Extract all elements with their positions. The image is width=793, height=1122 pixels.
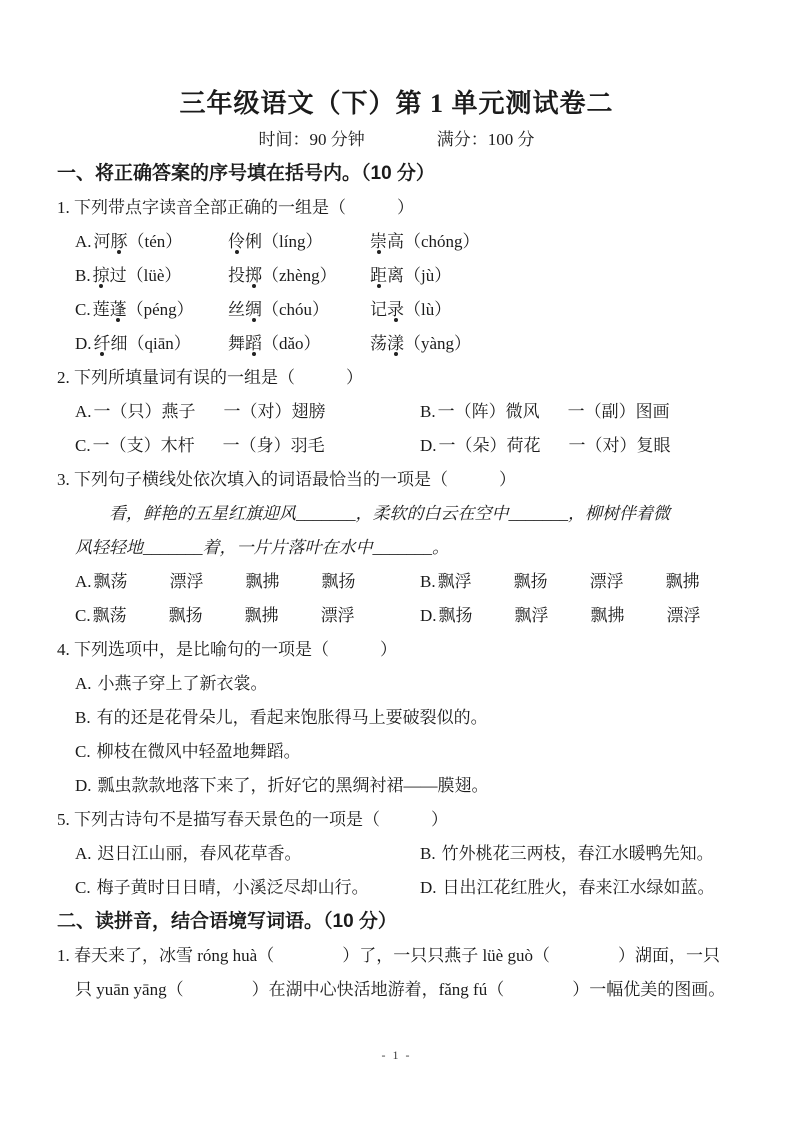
dotted-char: 豚: [111, 232, 128, 251]
word-pre: 记: [370, 300, 387, 319]
question-3-option-d: D.飘扬飘浮飘拂漂浮: [420, 599, 736, 633]
pinyin: （yàng）: [404, 334, 471, 353]
option-word: 飘拂: [246, 572, 280, 591]
question-4-stem: 4. 下列选项中，是比喻句的一项是（ ）: [57, 633, 736, 667]
option-label: D.: [75, 776, 92, 795]
q1-option-item: 伶俐（líng）: [228, 225, 370, 259]
q1-option-item: 记录（lù）: [370, 293, 451, 327]
page-number: - 1 -: [0, 1048, 793, 1063]
option-label: B.: [75, 266, 91, 285]
dotted-char: 距: [370, 266, 387, 285]
option-word: 漂浮: [590, 572, 624, 591]
word-post: 离: [387, 266, 404, 285]
option-word: 飘扬: [514, 572, 548, 591]
item-number: 1.: [57, 946, 70, 965]
pinyin: （lüè）: [127, 266, 182, 285]
word-pre: 丝: [228, 300, 245, 319]
question-1-option-d: D.纤细（qiān） 舞蹈（dǎo） 荡漾（yàng）: [75, 327, 736, 361]
option-phrase: 一（对）复眼: [569, 436, 671, 455]
option-label: A.: [75, 402, 92, 421]
option-label: C.: [75, 300, 91, 319]
option-text: 迟日江山丽，春风花草香。: [98, 844, 302, 863]
pinyin: （jù）: [404, 266, 451, 285]
question-5-options: A.迟日江山丽，春风花草香。 B.竹外桃花三两枝，春江水暖鸭先知。 C.梅子黄时…: [75, 837, 736, 905]
option-label: D.: [75, 334, 92, 353]
question-2-option-b: B.一（阵）微风一（副）图画: [420, 395, 736, 429]
pinyin: （dǎo）: [262, 334, 321, 353]
question-4-option-c: C.柳枝在微风中轻盈地舞蹈。: [75, 735, 736, 769]
word-post: 高: [387, 232, 404, 251]
option-label: C.: [75, 742, 91, 761]
option-text: 小燕子穿上了新衣裳。: [98, 674, 268, 693]
option-phrase: 一（副）图画: [568, 402, 670, 421]
word-pre: 舞: [228, 334, 245, 353]
question-3-option-a: A.飘荡漂浮飘拂飘扬: [75, 565, 420, 599]
q1-option-item: B.掠过（lüè）: [75, 259, 228, 293]
option-label: B.: [420, 572, 436, 591]
word-pre: 投: [228, 266, 245, 285]
q1-option-item: 舞蹈（dǎo）: [228, 327, 370, 361]
option-word: 飘扬: [169, 606, 203, 625]
option-label: B.: [420, 402, 436, 421]
question-5-stem: 5. 下列古诗句不是描写春天景色的一项是（ ）: [57, 803, 736, 837]
question-2-stem: 2. 下列所填量词有误的一组是（ ）: [57, 361, 736, 395]
dotted-char: 录: [387, 300, 404, 319]
question-3-option-b: B.飘浮飘扬漂浮飘拂: [420, 565, 736, 599]
pinyin: （qiān）: [128, 334, 191, 353]
option-word: 飘扬: [322, 572, 356, 591]
dotted-char: 掷: [245, 266, 262, 285]
option-text: 梅子黄时日日晴，小溪泛尽却山行。: [97, 878, 369, 897]
q1-option-item: 投掷（zhèng）: [228, 259, 370, 293]
option-text: 有的还是花骨朵儿，看起来饱胀得马上要破裂似的。: [97, 708, 488, 727]
question-1-option-b: B.掠过（lüè） 投掷（zhèng） 距离（jù）: [75, 259, 736, 293]
question-3-stem: 3. 下列句子横线处依次填入的词语最恰当的一项是（ ）: [57, 463, 736, 497]
question-3-passage-line1: 看，鲜艳的五星红旗迎风_______，柔软的白云在空中_______，柳树伴着微: [75, 497, 736, 531]
option-word: 飘荡: [94, 572, 128, 591]
dotted-char: 崇: [370, 232, 387, 251]
question-3-passage-line2: 风轻轻地_______着，一片片落叶在水中_______。: [75, 531, 736, 565]
test-paper-page: 三年级语文（下）第 1 单元测试卷二 时间：90 分钟 满分：100 分 一、将…: [0, 0, 793, 1122]
dotted-char: 掠: [93, 266, 110, 285]
option-phrase: 一（只）燕子: [94, 402, 196, 421]
question-3-option-c: C.飘荡飘扬飘拂漂浮: [75, 599, 420, 633]
option-phrase: 一（支）木杆: [93, 436, 195, 455]
option-label: D.: [420, 878, 437, 897]
option-label: B.: [75, 708, 91, 727]
option-label: D.: [420, 606, 437, 625]
dotted-char: 蹈: [245, 334, 262, 353]
exam-time: 时间：90 分钟: [259, 123, 365, 157]
question-5-option-d: D.日出江花红胜火，春来江水绿如蓝。: [420, 871, 736, 905]
dotted-char: 绸: [245, 300, 262, 319]
section2-heading: 二、读拼音，结合语境写词语。（10 分）: [57, 905, 736, 939]
question-5-option-c: C.梅子黄时日日晴，小溪泛尽却山行。: [75, 871, 420, 905]
question-4-option-a: A.小燕子穿上了新衣裳。: [75, 667, 736, 701]
option-text: 柳枝在微风中轻盈地舞蹈。: [97, 742, 301, 761]
question-2-options: A.一（只）燕子一（对）翅膀 B.一（阵）微风一（副）图画 C.一（支）木杆一（…: [75, 395, 736, 463]
option-word: 漂浮: [170, 572, 204, 591]
question-4-option-d: D.瓢虫款款地落下来了，折好它的黑绸衬裙——膜翅。: [75, 769, 736, 803]
question-1-option-c: C.莲蓬（péng） 丝绸（chóu） 记录（lù）: [75, 293, 736, 327]
option-label: D.: [420, 436, 437, 455]
q1-option-item: D.纤细（qiān）: [75, 327, 228, 361]
question-2-option-a: A.一（只）燕子一（对）翅膀: [75, 395, 420, 429]
option-word: 漂浮: [667, 606, 701, 625]
option-phrase: 一（阵）微风: [438, 402, 540, 421]
question-5-option-a: A.迟日江山丽，春风花草香。: [75, 837, 420, 871]
pinyin: （chóu）: [262, 300, 329, 319]
dotted-char: 蓬: [110, 300, 127, 319]
option-word: 飘浮: [438, 572, 472, 591]
question-2-option-c: C.一（支）木杆一（身）羽毛: [75, 429, 420, 463]
question-1-option-a: A.河豚（tén） 伶俐（líng） 崇高（chóng）: [75, 225, 736, 259]
item-text: 春天来了，冰雪 róng huà（ ）了，一只只燕子 lüè guò（ ）湖面，…: [74, 946, 725, 999]
dotted-char: 伶: [228, 232, 245, 251]
pinyin: （lù）: [404, 300, 451, 319]
option-word: 飘拂: [591, 606, 625, 625]
option-phrase: 一（朵）荷花: [439, 436, 541, 455]
option-word: 飘浮: [515, 606, 549, 625]
option-phrase: 一（身）羽毛: [223, 436, 325, 455]
pinyin: （chóng）: [404, 232, 480, 251]
pinyin: （zhèng）: [262, 266, 337, 285]
option-text: 日出江花红胜火，春来江水绿如蓝。: [443, 878, 715, 897]
word-pre: 河: [94, 232, 111, 251]
question-5-option-b: B.竹外桃花三两枝，春江水暖鸭先知。: [420, 837, 736, 871]
dotted-char: 漾: [387, 334, 404, 353]
q1-option-item: 距离（jù）: [370, 259, 451, 293]
q1-option-item: 丝绸（chóu）: [228, 293, 370, 327]
question-1-stem: 1. 下列带点字读音全部正确的一组是（ ）: [57, 191, 736, 225]
section2-item-1: 1. 春天来了，冰雪 róng huà（ ）了，一只只燕子 lüè guò（ ）…: [57, 939, 736, 1007]
word-post: 俐: [245, 232, 262, 251]
option-word: 飘拂: [666, 572, 700, 591]
option-text: 竹外桃花三两枝，春江水暖鸭先知。: [442, 844, 714, 863]
question-2-option-d: D.一（朵）荷花一（对）复眼: [420, 429, 736, 463]
pinyin: （líng）: [262, 232, 322, 251]
option-word: 飘荡: [93, 606, 127, 625]
option-text: 瓢虫款款地落下来了，折好它的黑绸衬裙——膜翅。: [98, 776, 489, 795]
question-4-option-b: B.有的还是花骨朵儿，看起来饱胀得马上要破裂似的。: [75, 701, 736, 735]
option-label: C.: [75, 878, 91, 897]
word-pre: 莲: [93, 300, 110, 319]
word-post: 细: [111, 334, 128, 353]
question-3-options: A.飘荡漂浮飘拂飘扬 B.飘浮飘扬漂浮飘拂 C.飘荡飘扬飘拂漂浮 D.飘扬飘浮飘…: [75, 565, 736, 633]
q1-option-item: A.河豚（tén）: [75, 225, 228, 259]
exam-full-score: 满分：100 分: [437, 123, 535, 157]
page-title: 三年级语文（下）第 1 单元测试卷二: [57, 85, 736, 123]
q1-option-item: C.莲蓬（péng）: [75, 293, 228, 327]
pinyin: （tén）: [128, 232, 183, 251]
q1-option-item: 崇高（chóng）: [370, 225, 480, 259]
word-post: 过: [110, 266, 127, 285]
option-phrase: 一（对）翅膀: [224, 402, 326, 421]
option-label: C.: [75, 606, 91, 625]
option-word: 飘扬: [439, 606, 473, 625]
pinyin: （péng）: [127, 300, 194, 319]
option-label: A.: [75, 674, 92, 693]
section1-heading: 一、将正确答案的序号填在括号内。（10 分）: [57, 157, 736, 191]
option-label: A.: [75, 572, 92, 591]
dotted-char: 纤: [94, 334, 111, 353]
option-word: 飘拂: [245, 606, 279, 625]
exam-info-row: 时间：90 分钟 满分：100 分: [57, 123, 736, 157]
word-pre: 荡: [370, 334, 387, 353]
q1-option-item: 荡漾（yàng）: [370, 327, 471, 361]
option-label: A.: [75, 844, 92, 863]
option-label: B.: [420, 844, 436, 863]
option-word: 漂浮: [321, 606, 355, 625]
option-label: A.: [75, 232, 92, 251]
option-label: C.: [75, 436, 91, 455]
